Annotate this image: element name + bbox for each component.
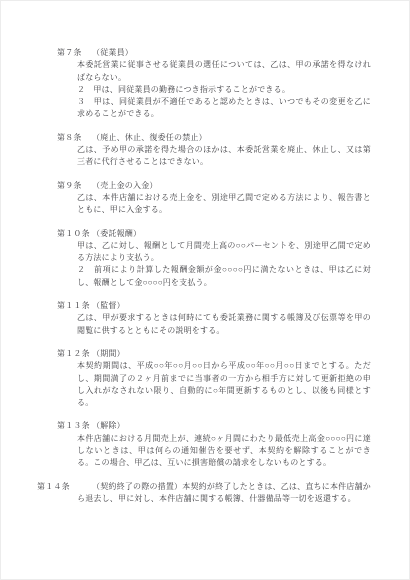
article-12-title: （期間）	[92, 349, 125, 358]
article-13-paragraph-1: 本件店舗における月間売上が、連続○ヶ月間にわたり最低売上高金○○○○円に達しない…	[77, 433, 371, 470]
article-9-heading: 第９条（売上金の入金）	[57, 180, 371, 192]
article-7-paragraph-1: 本委託営業に従事させる従業員の選任については、乙は、甲の承諾を得なければならない…	[77, 59, 371, 84]
article-13: 第１３条（解除） 本件店舗における月間売上が、連続○ヶ月間にわたり最低売上高金○…	[57, 420, 371, 469]
article-10-paragraph-1: 甲は、乙に対し、報酬として月間売上高の○○パーセントを、別途甲乙間で定める方法に…	[77, 240, 371, 265]
article-10-number: 第１０条	[57, 228, 92, 240]
article-9-number: 第９条	[57, 180, 92, 192]
article-14: 第１４条（契約終了の際の措置）本契約が終了したときは、乙は、直ちに本件店舗から退…	[57, 481, 371, 506]
article-11-number: 第１１条	[57, 300, 92, 312]
article-8-title: （廃止、休止、復委任の禁止）	[92, 133, 207, 142]
article-13-number: 第１３条	[57, 420, 92, 432]
article-7-heading: 第７条（従業員）	[57, 47, 371, 59]
article-12-paragraph-1: 本契約期間は、平成○○年○○月○○日から平成○○年○○月○○日までとする。ただし…	[77, 360, 371, 409]
article-13-heading: 第１３条（解除）	[57, 420, 371, 432]
article-10-heading: 第１０条（委託報酬）	[57, 228, 371, 240]
article-14-number: 第１４条	[57, 481, 92, 493]
article-11: 第１１条（監督） 乙は、甲が要求するときは何時にても委託業務に関する帳簿及び伝票…	[57, 300, 371, 337]
article-9-title: （売上金の入金）	[92, 181, 158, 190]
article-8-heading: 第８条（廃止、休止、復委任の禁止）	[57, 132, 371, 144]
article-8-number: 第８条	[57, 132, 92, 144]
article-12-heading: 第１２条（期間）	[57, 348, 371, 360]
article-10-paragraph-2: ２ 前項により計算した報酬金額が金○○○○円に満たないときは、甲は乙に対し、報酬…	[77, 264, 371, 289]
article-7: 第７条（従業員） 本委託営業に従事させる従業員の選任については、乙は、甲の承諾を…	[57, 47, 371, 121]
article-12-number: 第１２条	[57, 348, 92, 360]
article-8: 第８条（廃止、休止、復委任の禁止） 乙は、予め甲の承諾を得た場合のほかは、本委託…	[57, 132, 371, 169]
document-page: 第７条（従業員） 本委託営業に従事させる従業員の選任については、乙は、甲の承諾を…	[0, 0, 410, 580]
article-14-title: （契約終了の際の措置）	[92, 482, 182, 491]
article-10: 第１０条（委託報酬） 甲は、乙に対し、報酬として月間売上高の○○パーセントを、別…	[57, 228, 371, 289]
article-7-number: 第７条	[57, 47, 92, 59]
article-12: 第１２条（期間） 本契約期間は、平成○○年○○月○○日から平成○○年○○月○○日…	[57, 348, 371, 409]
article-9: 第９条（売上金の入金） 乙は、本件店舗における売上金を、別途甲乙間で定める方法に…	[57, 180, 371, 217]
article-10-title: （委託報酬）	[92, 229, 141, 238]
article-7-title: （従業員）	[92, 48, 133, 57]
article-11-paragraph-1: 乙は、甲が要求するときは何時にても委託業務に関する帳簿及び伝票等を甲の閲覧に供す…	[77, 312, 371, 337]
article-7-paragraph-2: ２ 甲は、同従業員の勤務につき指示することができる。	[77, 84, 371, 96]
article-11-heading: 第１１条（監督）	[57, 300, 371, 312]
article-7-paragraph-3: ３ 甲は、同従業員が不適任であると認めたときは、いつでもその変更を乙に求めること…	[77, 96, 371, 121]
article-13-title: （解除）	[92, 421, 125, 430]
article-14-paragraph: 第１４条（契約終了の際の措置）本契約が終了したときは、乙は、直ちに本件店舗から退…	[57, 481, 371, 506]
contract-articles: 第７条（従業員） 本委託営業に従事させる従業員の選任については、乙は、甲の承諾を…	[57, 47, 371, 505]
article-9-paragraph-1: 乙は、本件店舗における売上金を、別途甲乙間で定める方法により、報告書とともに、甲…	[77, 192, 371, 217]
article-8-paragraph-1: 乙は、予め甲の承諾を得た場合のほかは、本委託営業を廃止、休止し、又は第三者に代行…	[77, 144, 371, 169]
article-11-title: （監督）	[92, 301, 125, 310]
